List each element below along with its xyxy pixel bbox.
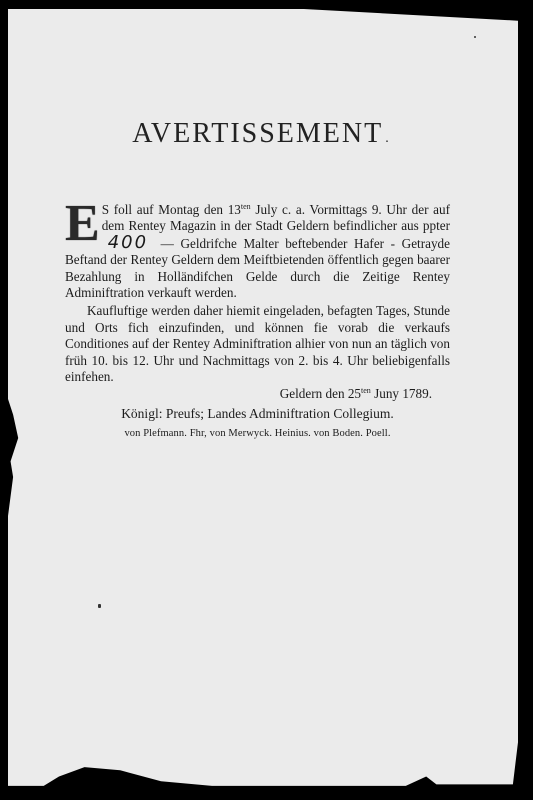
dateline-superscript: ten [361, 386, 371, 395]
page-title: AVERTISSEMENT. [73, 118, 450, 150]
signatories: von Plefmann. Fhr, von Merwyck. Heinius.… [65, 426, 450, 442]
paper-speck [98, 604, 101, 608]
paper-speck [474, 36, 476, 38]
paragraph-invitation: Kaufluftige werden daher hiemit eingelad… [65, 303, 450, 385]
handwritten-amount: 400 [102, 232, 154, 253]
dateline-month-year: Juny 1789. [371, 386, 432, 401]
title-text: AVERTISSEMENT [132, 118, 383, 149]
title-punctuation: . [385, 131, 391, 146]
dateline-place-day: Geldern den 25 [280, 386, 361, 401]
ordinal-superscript: ten [241, 202, 251, 211]
drop-cap-initial: E [65, 204, 100, 244]
scan-frame: AVERTISSEMENT. ES foll auf Montag den 13… [0, 0, 533, 800]
announcement-text-1: S foll auf Montag den 13 [102, 202, 241, 217]
paragraph-announcement: ES foll auf Montag den 13ten July c. a. … [65, 202, 450, 301]
signature-title: Königl: Preufs; Landes Adminiftration Co… [65, 406, 450, 422]
notice-body: ES foll auf Montag den 13ten July c. a. … [65, 202, 450, 443]
dateline: Geldern den 25ten Juny 1789. [65, 386, 450, 402]
notice-document: AVERTISSEMENT. ES foll auf Montag den 13… [65, 118, 450, 443]
